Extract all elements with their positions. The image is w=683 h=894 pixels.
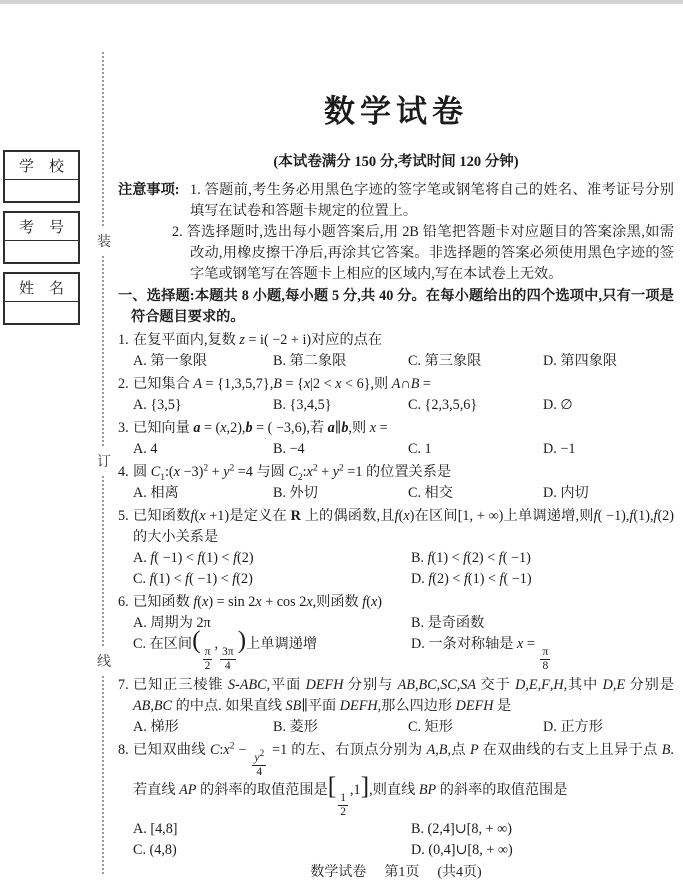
binding-char-ding: 订 (94, 448, 114, 474)
option-c: C. f(1) < f( −1) < f(2) (133, 569, 411, 590)
question-3: 3. 已知向量 a = (x,2),b = ( −3,6),若 a∥b,则 x … (118, 418, 674, 460)
option-b: B. {3,4,5} (273, 395, 408, 416)
option-c: C. 第三象限 (408, 351, 543, 372)
question-stem: 在复平面内,复数 z = i( −2 + i)对应的点在 (133, 332, 382, 348)
question-stem: 已知函数 f(x) = sin 2x + cos 2x,则函数 f(x) (133, 594, 382, 610)
question-stem: 已知集合 A = {1,3,5,7},B = {x|2 < x < 6},则 A… (133, 376, 431, 392)
question-number: 5. (118, 506, 129, 527)
option-d: D. 第四象限 (543, 351, 674, 372)
option-b: B. f(1) < f(2) < f( −1) (411, 548, 674, 569)
notice-item-1: 1. 答题前,考生务必用黑色字迹的签字笔或钢笔将自己的姓名、准考证号分别填写在试… (190, 180, 674, 222)
name-label: 姓 名 (5, 274, 78, 302)
question-stem: 圆 C1:(x −3)2 + y2 =4 与圆 C2:x2 + y2 =1 的位… (133, 464, 451, 480)
option-c: C. 1 (408, 439, 543, 460)
question-stem: 已知双曲线 C:x2 − y24 =1 的左、右顶点分别为 A,B,点 P 在双… (133, 742, 674, 797)
option-a: A. 4 (133, 439, 273, 460)
option-a: A. f( −1) < f(1) < f(2) (133, 548, 411, 569)
option-b: B. 第二象限 (273, 351, 408, 372)
exam-number-label: 考 号 (5, 213, 78, 241)
question-7-options: A. 梯形 B. 菱形 C. 矩形 D. 正方形 (133, 717, 674, 738)
option-a: A. 周期为 2π (133, 613, 411, 634)
question-5: 5. 已知函数f(x +1)是定义在 R 上的偶函数,且f(x)在区间[1, +… (118, 506, 674, 590)
exam-body: 数学试卷 (本试卷满分 150 分,考试时间 120 分钟) 注意事项: 1. … (118, 0, 674, 861)
option-c: C. 相交 (408, 483, 543, 504)
question-1: 1. 在复平面内,复数 z = i( −2 + i)对应的点在 A. 第一象限 … (118, 330, 674, 372)
option-b: B. 菱形 (273, 717, 408, 738)
option-c: C. {2,3,5,6} (408, 395, 543, 416)
question-8-options: A. [4,8] B. (2,4]∪[8, + ∞) C. (4,8) D. (… (133, 819, 674, 861)
question-number: 6. (118, 592, 129, 613)
question-4: 4. 圆 C1:(x −3)2 + y2 =4 与圆 C2:x2 + y2 =1… (118, 462, 674, 504)
binding-char-zhuang: 装 (94, 228, 114, 254)
notice-item-text: 答选择题时,选出每小题答案后,用 2B 铅笔把答题卡对应题目的答案涂黑,如需改动… (187, 224, 674, 282)
question-number: 8. (118, 740, 129, 761)
question-3-options: A. 4 B. −4 C. 1 D. −1 (133, 439, 674, 460)
student-info-fields: 学 校 考 号 姓 名 (3, 150, 80, 333)
question-number: 1. (118, 330, 129, 351)
option-c: C. 在区间(π2,3π4)上单调递增 (133, 634, 411, 673)
option-b: B. 是奇函数 (411, 613, 674, 634)
name-input[interactable] (5, 302, 78, 323)
option-a: A. 梯形 (133, 717, 273, 738)
notice-label: 注意事项: (118, 180, 179, 201)
section-1-heading: 一、选择题:本题共 8 小题,每小题 5 分,共 40 分。在每小题给出的四个选… (118, 286, 674, 328)
option-d: D. (0,4]∪[8, + ∞) (411, 840, 674, 861)
question-number: 3. (118, 418, 129, 439)
question-6: 6. 已知函数 f(x) = sin 2x + cos 2x,则函数 f(x) … (118, 592, 674, 673)
exam-subtitle: (本试卷满分 150 分,考试时间 120 分钟) (118, 154, 674, 171)
question-number: 2. (118, 374, 129, 395)
question-7: 7. 已知正三棱锥 S-ABC,平面 DEFH 分别与 AB,BC,SC,SA … (118, 675, 674, 738)
option-d: D. ∅ (543, 395, 674, 416)
option-d: D. −1 (543, 439, 674, 460)
question-number: 4. (118, 462, 129, 483)
question-2-options: A. {3,5} B. {3,4,5} C. {2,3,5,6} D. ∅ (133, 395, 674, 416)
binding-dotted-line: 装 订 线 (102, 52, 104, 874)
question-5-options: A. f( −1) < f(1) < f(2) B. f(1) < f(2) <… (133, 548, 674, 590)
question-4-options: A. 相离 B. 外切 C. 相交 D. 内切 (133, 483, 674, 504)
option-b: B. 外切 (273, 483, 408, 504)
option-d: D. f(2) < f(1) < f( −1) (411, 569, 674, 590)
page-title: 数学试卷 (118, 86, 674, 131)
option-c: C. (4,8) (133, 840, 411, 861)
exam-number-input[interactable] (5, 241, 78, 262)
question-stem: 已知函数f(x +1)是定义在 R 上的偶函数,且f(x)在区间[1, + ∞)… (133, 508, 674, 545)
school-label: 学 校 (5, 152, 78, 180)
question-stem: 已知正三棱锥 S-ABC,平面 DEFH 分别与 AB,BC,SC,SA 交于 … (133, 677, 674, 714)
notice-block: 注意事项: 1. 答题前,考生务必用黑色字迹的签字笔或钢笔将自己的姓名、准考证号… (118, 180, 674, 285)
question-8: 8. 已知双曲线 C:x2 − y24 =1 的左、右顶点分别为 A,B,点 P… (118, 740, 674, 861)
notice-item-text: 答题前,考生务必用黑色字迹的签字笔或钢笔将自己的姓名、准考证号分别填写在试卷和答… (190, 182, 674, 219)
footer-page-number: 第1页 (384, 865, 419, 880)
question-number: 7. (118, 675, 129, 696)
footer-page-total: (共4页) (437, 865, 481, 880)
page-footer: 数学试卷第1页(共4页) (118, 861, 674, 881)
notice-item-number: 2. (172, 224, 183, 240)
exam-number-field-box: 考 号 (3, 211, 80, 264)
option-d: D. 一条对称轴是 x = π8 (411, 634, 674, 673)
option-d: D. 正方形 (543, 717, 674, 738)
notice-item-number: 1. (190, 182, 201, 198)
option-a: A. {3,5} (133, 395, 273, 416)
option-b: B. −4 (273, 439, 408, 460)
option-a: A. 第一象限 (133, 351, 273, 372)
notice-item-2: 2. 答选择题时,选出每小题答案后,用 2B 铅笔把答题卡对应题目的答案涂黑,如… (190, 222, 674, 285)
school-input[interactable] (5, 180, 78, 201)
name-field-box: 姓 名 (3, 272, 80, 325)
option-d: D. 内切 (543, 483, 674, 504)
binding-char-xian: 线 (94, 648, 114, 674)
question-stem: 已知向量 a = (x,2),b = ( −3,6),若 a∥b,则 x = (133, 420, 388, 436)
question-6-options: A. 周期为 2π B. 是奇函数 C. 在区间(π2,3π4)上单调递增 D.… (133, 613, 674, 673)
school-field-box: 学 校 (3, 150, 80, 203)
option-b: B. (2,4]∪[8, + ∞) (411, 819, 674, 840)
option-c: C. 矩形 (408, 717, 543, 738)
option-a: A. 相离 (133, 483, 273, 504)
question-1-options: A. 第一象限 B. 第二象限 C. 第三象限 D. 第四象限 (133, 351, 674, 372)
footer-doc-title: 数学试卷 (310, 865, 366, 880)
question-2: 2. 已知集合 A = {1,3,5,7},B = {x|2 < x < 6},… (118, 374, 674, 416)
option-a: A. [4,8] (133, 819, 411, 840)
